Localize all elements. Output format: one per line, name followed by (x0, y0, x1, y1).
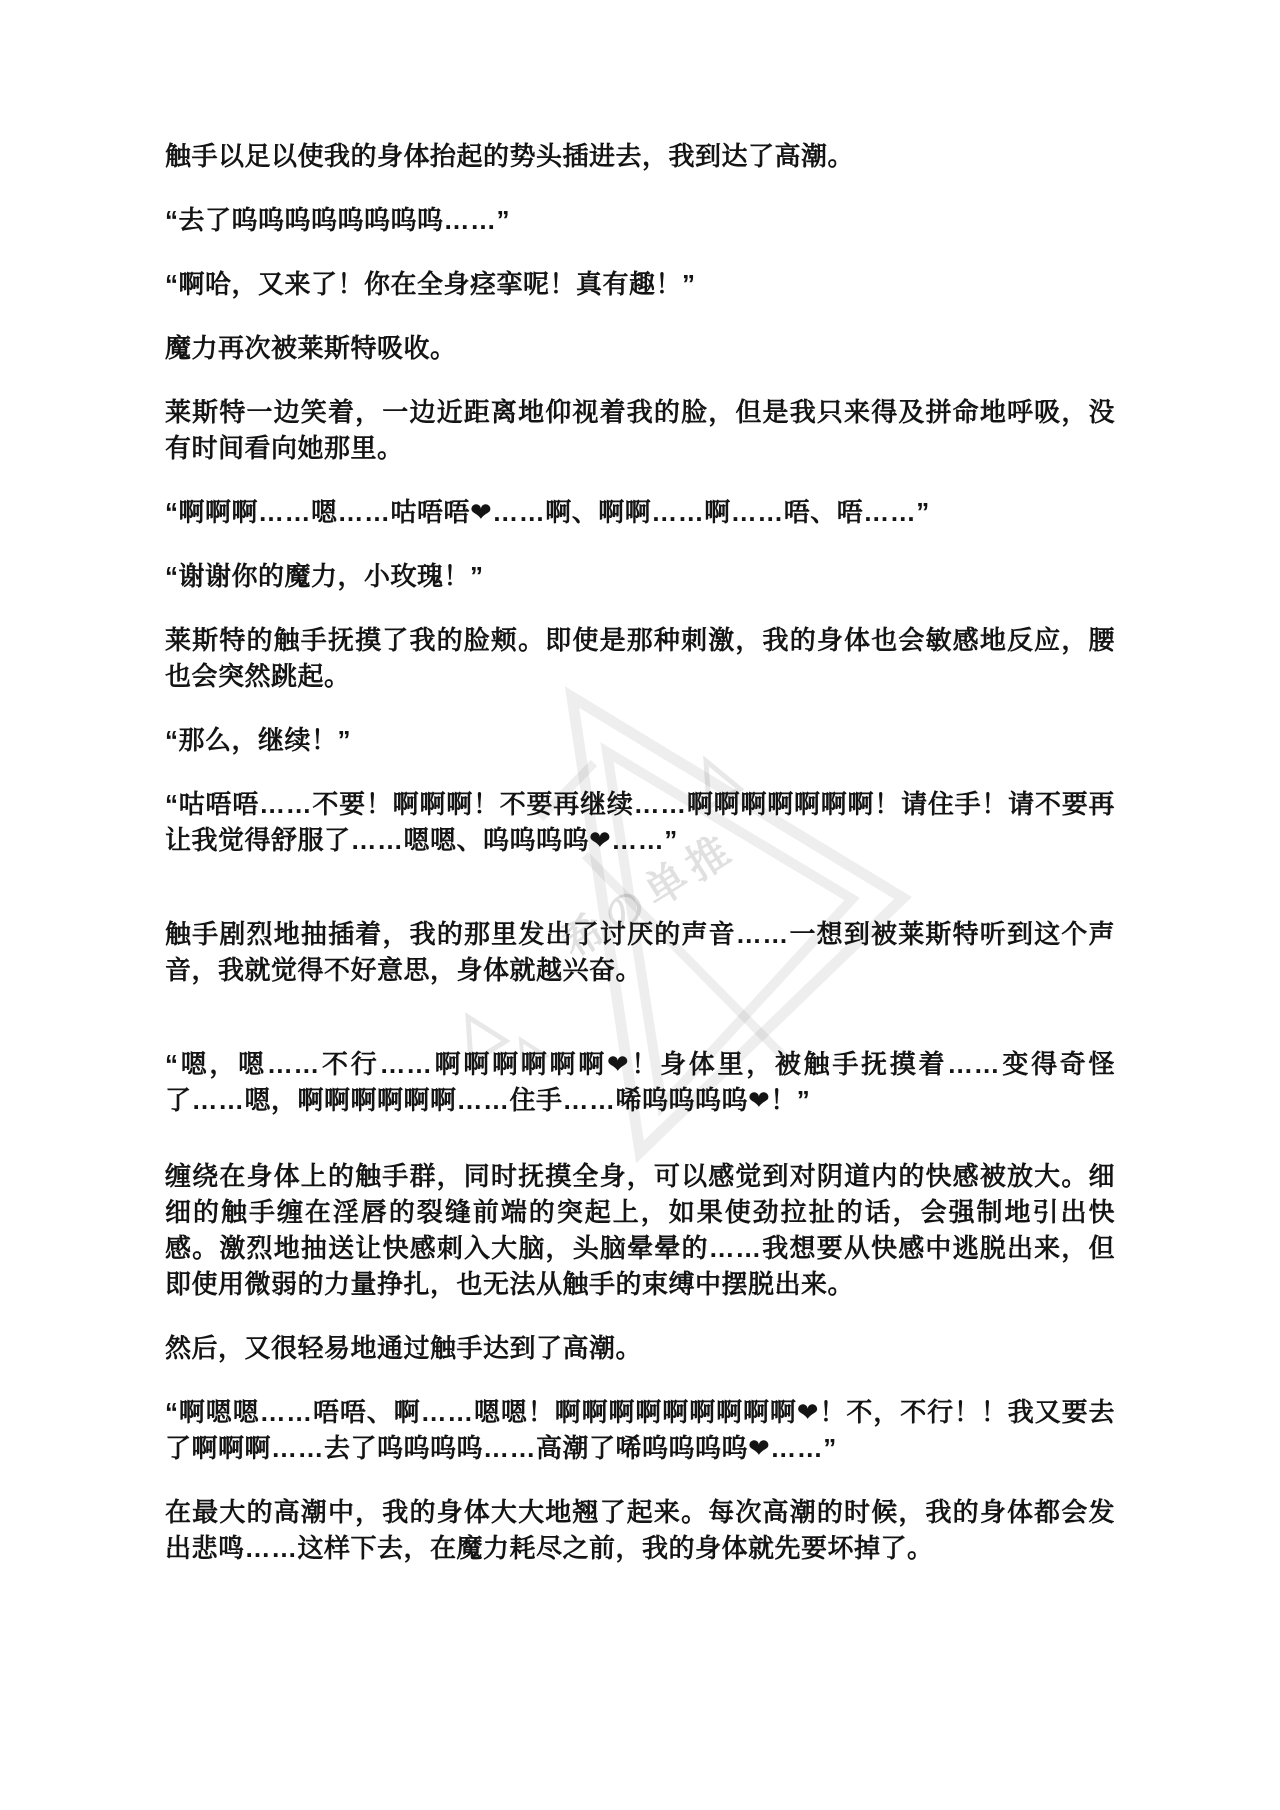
paragraph-4: 魔力再次被莱斯特吸收。 (165, 330, 1115, 366)
paragraph-10: “咕唔唔……不要！啊啊啊！不要再继续……啊啊啊啊啊啊啊！请住手！请不要再让我觉得… (165, 786, 1115, 858)
text-column: 触手以足以使我的身体抬起的势头插进去，我到达了高潮。 “去了呜呜呜呜呜呜呜呜……… (165, 0, 1115, 1566)
paragraph-7: “谢谢你的魔力，小玫瑰！” (165, 558, 1115, 594)
paragraph-6: “啊啊啊……嗯……咕唔唔❤……啊、啊啊……啊……唔、唔……” (165, 494, 1115, 530)
paragraph-3: “啊哈，又来了！你在全身痉挛呢！真有趣！” (165, 266, 1115, 302)
paragraph-15: “啊嗯嗯……唔唔、啊……嗯嗯！啊啊啊啊啊啊啊啊啊❤！不，不行！！我又要去了啊啊啊… (165, 1394, 1115, 1466)
paragraph-8: 莱斯特的触手抚摸了我的脸颊。即使是那种刺激，我的身体也会敏感地反应，腰也会突然跳… (165, 622, 1115, 694)
paragraph-9: “那么，继续！” (165, 722, 1115, 758)
paragraph-2: “去了呜呜呜呜呜呜呜呜……” (165, 202, 1115, 238)
paragraph-16: 在最大的高潮中，我的身体大大地翘了起来。每次高潮的时候，我的身体都会发出悲鸣……… (165, 1494, 1115, 1566)
paragraph-12: “嗯，嗯……不行……啊啊啊啊啊啊❤！身体里，被触手抚摸着……变得奇怪了……嗯，啊… (165, 1016, 1115, 1118)
paragraph-5: 莱斯特一边笑着，一边近距离地仰视着我的脸，但是我只来得及拼命地呼吸，没有时间看向… (165, 394, 1115, 466)
paragraph-13: 缠绕在身体上的触手群，同时抚摸全身，可以感觉到对阴道内的快感被放大。细细的触手缠… (165, 1146, 1115, 1302)
paragraph-1: 触手以足以使我的身体抬起的势头插进去，我到达了高潮。 (165, 138, 1115, 174)
paragraph-14: 然后，又很轻易地通过触手达到了高潮。 (165, 1330, 1115, 1366)
paragraph-11: 触手剧烈地抽插着，我的那里发出了讨厌的声音……一想到被莱斯特听到这个声音，我就觉… (165, 886, 1115, 988)
document-page: 希の单推 触手以足以使我的身体抬起的势头插进去，我到达了高潮。 “去了呜呜呜呜呜… (0, 0, 1280, 1810)
